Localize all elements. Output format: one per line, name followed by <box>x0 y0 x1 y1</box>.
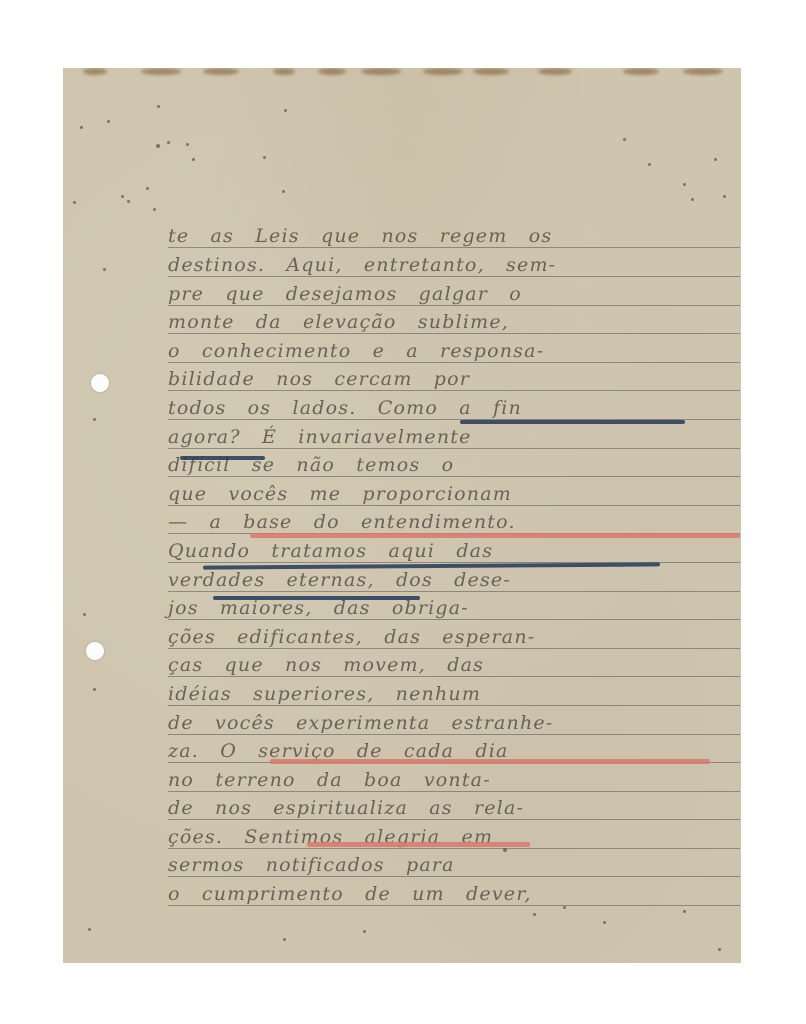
paper-speck <box>533 913 536 916</box>
paper-speck <box>623 138 626 141</box>
blue-underline <box>213 596 420 600</box>
manuscript-line: no terreno da boa vonta- <box>168 767 740 793</box>
paper-speck <box>691 198 694 201</box>
paper-speck <box>683 183 686 186</box>
blue-underline <box>180 456 265 460</box>
top-edge-stain <box>683 68 723 75</box>
paper-speck <box>186 143 189 146</box>
hole-punch <box>86 642 104 660</box>
red-underline <box>270 759 710 764</box>
paper-speck <box>73 201 76 204</box>
top-edge-stain <box>273 68 295 75</box>
paper-speck <box>93 418 96 421</box>
paper-speck <box>107 120 110 123</box>
top-edge-stain <box>141 68 181 75</box>
paper-speck <box>282 190 285 193</box>
top-edge-stain <box>538 68 572 75</box>
top-edge-stain <box>473 68 509 75</box>
paper-speck <box>88 928 91 931</box>
top-edge-stain <box>318 68 346 75</box>
manuscript-line: agora? É invariavelmente <box>168 424 740 450</box>
manuscript-line: ções edificantes, das esperan- <box>168 624 740 650</box>
paper-speck <box>80 126 83 129</box>
manuscript-line: todos os lados. Como a fin <box>168 395 740 421</box>
manuscript-line: pre que desejamos galgar o <box>168 281 740 307</box>
manuscript-line: verdades eternas, dos dese- <box>168 567 740 593</box>
paper-speck <box>93 688 96 691</box>
paper-speck <box>263 156 266 159</box>
manuscript-line: monte da elevação sublime, <box>168 309 740 335</box>
paper-speck <box>603 921 606 924</box>
top-edge-stain <box>623 68 659 75</box>
top-edge-stain <box>203 68 239 75</box>
top-edge-stain <box>361 68 401 75</box>
manuscript-line: te as Leis que nos regem os <box>168 223 740 249</box>
manuscript-line: de vocês experimenta estranhe- <box>168 710 740 736</box>
hole-punch <box>91 374 109 392</box>
manuscript-page: te as Leis que nos regem os destinos. Aq… <box>63 68 741 963</box>
paper-speck <box>718 948 721 951</box>
red-underline <box>250 533 740 538</box>
manuscript-line: idéias superiores, nenhum <box>168 681 740 707</box>
paper-speck <box>167 141 170 144</box>
manuscript-line: ças que nos movem, das <box>168 652 740 678</box>
paper-speck <box>156 144 160 148</box>
manuscript-line: de nos espiritualiza as rela- <box>168 795 740 821</box>
manuscript-line: destinos. Aqui, entretanto, sem- <box>168 252 740 278</box>
paper-speck <box>723 195 726 198</box>
paper-speck <box>284 109 287 112</box>
paper-speck <box>648 163 651 166</box>
manuscript-line: bilidade nos cercam por <box>168 366 740 392</box>
red-underline <box>307 842 530 847</box>
manuscript-line: Quando tratamos aqui das <box>168 538 740 564</box>
paper-speck <box>83 613 86 616</box>
paper-speck <box>714 158 717 161</box>
paper-speck <box>283 938 286 941</box>
paper-speck <box>153 208 156 211</box>
paper-speck <box>127 200 130 203</box>
paper-speck <box>103 268 106 271</box>
blue-underline <box>460 420 685 424</box>
top-edge-stain <box>423 68 463 75</box>
paper-speck <box>363 930 366 933</box>
manuscript-line: — a base do entendimento. <box>168 509 740 535</box>
manuscript-line: o cumprimento de um dever, <box>168 881 740 907</box>
paper-speck <box>683 910 686 913</box>
paper-speck <box>121 195 124 198</box>
manuscript-line: que vocês me proporcionam <box>168 481 740 507</box>
manuscript-line: sermos notificados para <box>168 852 740 878</box>
manuscript-line: o conhecimento e a responsa- <box>168 338 740 364</box>
top-edge-stain <box>83 68 107 75</box>
paper-speck <box>157 105 160 108</box>
paper-speck <box>146 187 149 190</box>
paper-speck <box>192 158 195 161</box>
